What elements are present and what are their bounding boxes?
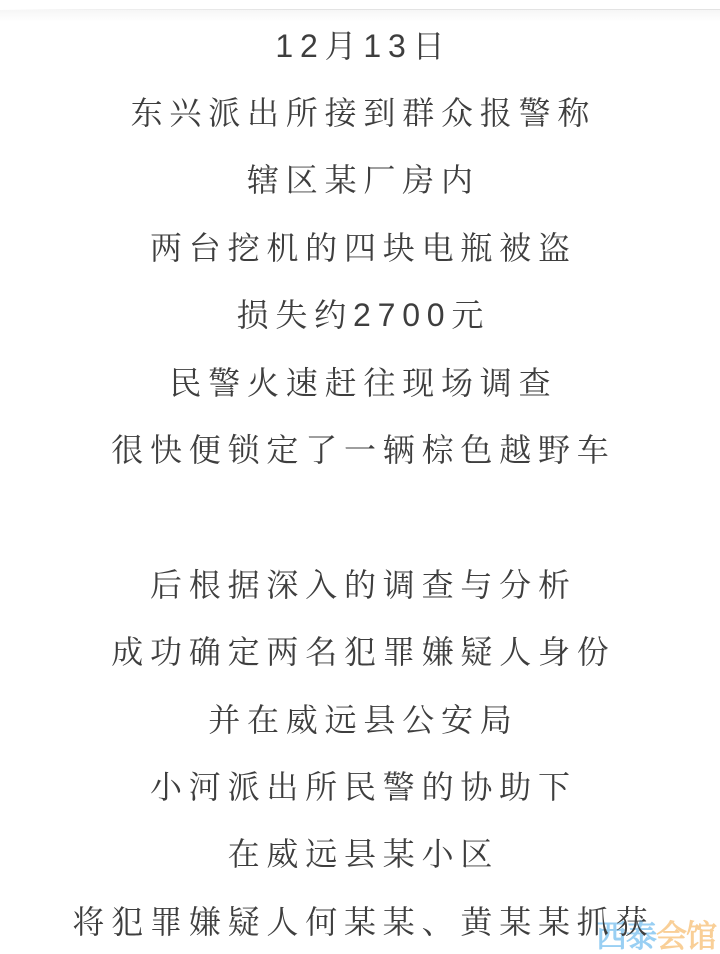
text-line: 并在威远县公安局 <box>0 684 720 751</box>
text-line: 将犯罪嫌疑人何某某、黄某某抓获 <box>0 886 720 953</box>
text-line: 很快便锁定了一辆棕色越野车 <box>0 414 720 481</box>
paragraph-gap <box>0 482 720 549</box>
text-line-date: 12月13日 <box>0 10 720 77</box>
text-line: 两台挖机的四块电瓶被盗 <box>0 212 720 279</box>
text-line: 民警火速赶往现场调查 <box>0 347 720 414</box>
text-line: 辖区某厂房内 <box>0 145 720 212</box>
text-line: 成功确定两名犯罪嫌疑人身份 <box>0 617 720 684</box>
text-line: 东兴派出所接到群众报警称 <box>0 77 720 144</box>
text-line: 损失约2700元 <box>0 280 720 347</box>
text-line: 在威远县某小区 <box>0 819 720 886</box>
text-line: 后根据深入的调查与分析 <box>0 549 720 616</box>
article-body: 12月13日 东兴派出所接到群众报警称 辖区某厂房内 两台挖机的四块电瓶被盗 损… <box>0 10 720 953</box>
text-line: 小河派出所民警的协助下 <box>0 751 720 818</box>
article-page: 西泰会馆 12月13日 东兴派出所接到群众报警称 辖区某厂房内 两台挖机的四块电… <box>0 0 720 954</box>
